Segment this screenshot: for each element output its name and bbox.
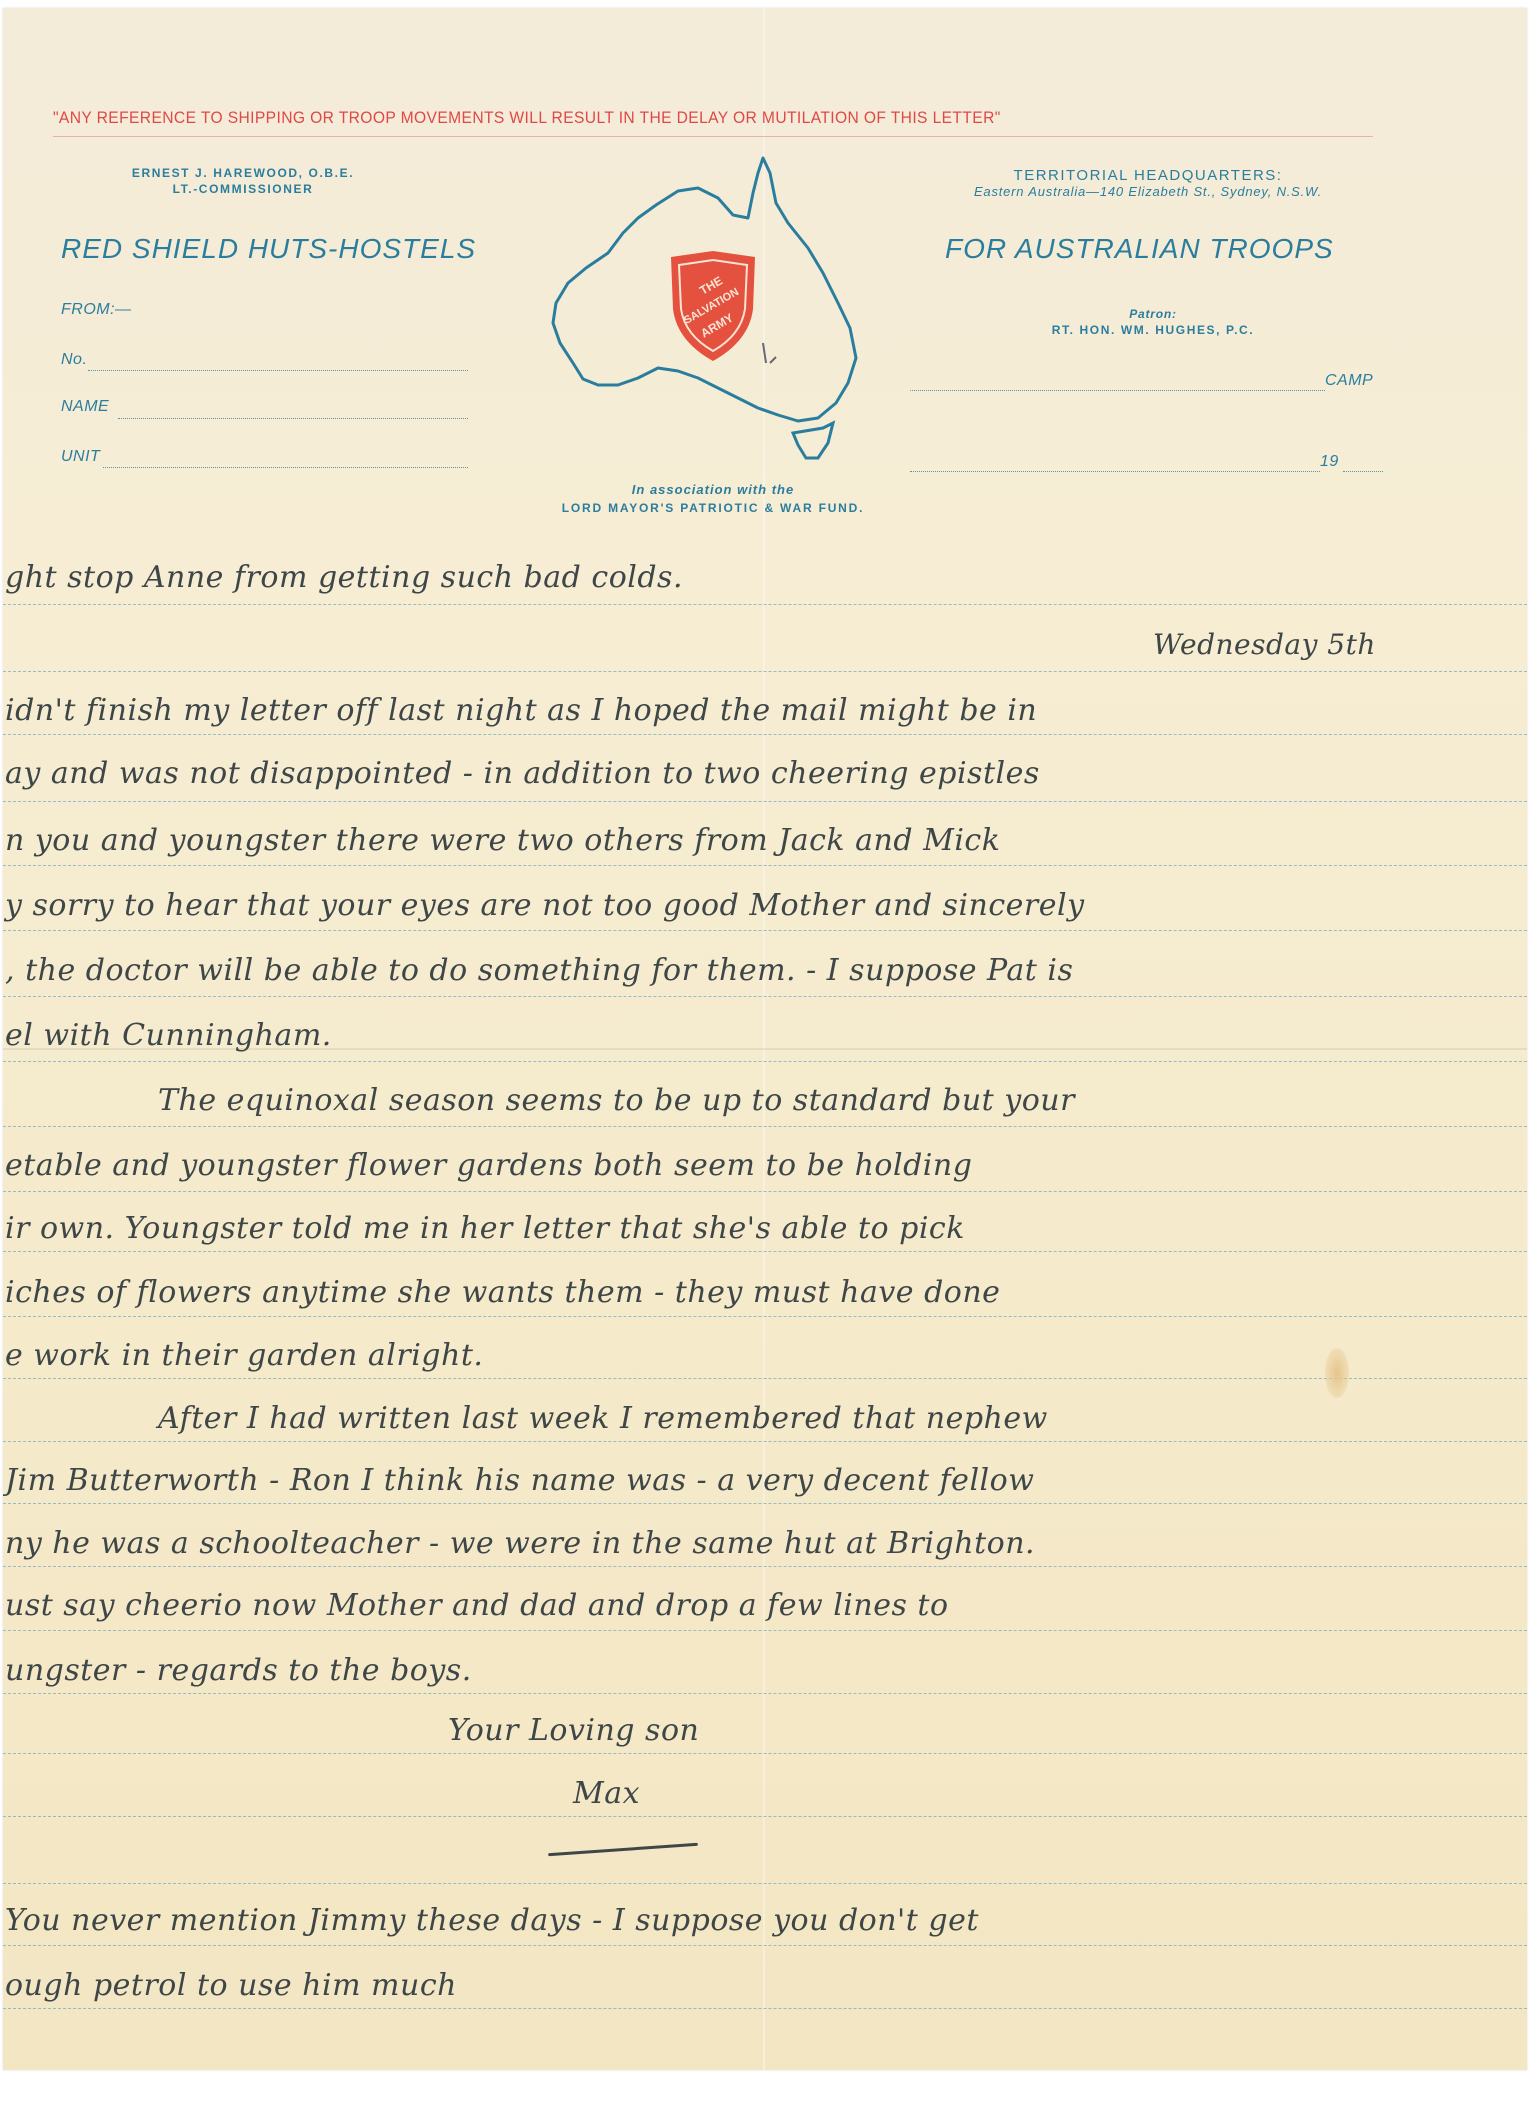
ruled-line [3,1251,1527,1252]
letter-line: ust say cheerio now Mother and dad and d… [5,1588,949,1623]
ruled-line [3,1693,1527,1694]
letter-line: y sorry to hear that your eyes are not t… [5,888,1085,923]
ruled-line [3,1191,1527,1192]
ruled-line [3,865,1527,866]
salvation-army-shield-icon: THE SALVATION ARMY [667,251,759,363]
ruled-line [3,671,1527,672]
postscript-line: ough petrol to use him much [5,1968,457,2003]
patron-label: Patron: [1003,306,1303,322]
ruled-line [3,2008,1527,2009]
year-label: 19 [1320,453,1339,471]
ruled-line [3,1126,1527,1127]
letter-line: ir own. Youngster told me in her letter … [5,1211,965,1246]
ruled-line [3,1883,1527,1884]
camp-label: CAMP [1325,372,1373,390]
commissioner-title: LT.-COMMISSIONER [103,181,383,197]
patron-block: Patron: RT. HON. WM. HUGHES, P.C. [1003,306,1303,338]
ruled-line [3,1816,1527,1817]
hq-title: TERRITORIAL HEADQUARTERS: [903,168,1393,184]
ruled-line [3,1945,1527,1946]
letter-line: The equinoxal season seems to be up to s… [158,1083,1075,1118]
letter-line: ungster - regards to the boys. [5,1653,472,1688]
hq-address: Eastern Australia—140 Elizabeth St., Syd… [903,184,1393,200]
letter-line: idn't finish my letter off last night as… [5,693,1037,728]
ruled-line [3,1316,1527,1317]
letter-line: e work in their garden alright. [5,1338,483,1373]
postscript-line: You never mention Jimmy these days - I s… [5,1903,979,1938]
unit-label: UNIT [61,448,100,466]
signature-underline [548,1843,698,1856]
ruled-line [3,930,1527,931]
association-fund: LORD MAYOR'S PATRIOTIC & WAR FUND. [523,499,903,517]
letter-line: ny he was a schoolteacher - we were in t… [5,1526,1035,1561]
censorship-warning: "ANY REFERENCE TO SHIPPING OR TROOP MOVE… [53,108,1267,128]
ruled-line [3,1441,1527,1442]
letter-line: ay and was not disappointed - in additio… [5,756,1040,791]
letter-line: etable and youngster flower gardens both… [5,1148,972,1183]
ruled-line [3,604,1527,605]
name-label: NAME [61,398,109,416]
letter-line: iches of flowers anytime she wants them … [5,1275,1000,1310]
letter-line: n you and youngster there were two other… [5,823,1000,858]
warning-underline [53,136,1373,137]
ruled-line [3,801,1527,802]
association-block: In association with the LORD MAYOR'S PAT… [523,481,903,517]
letter-line: Jim Butterworth - Ron I think his name w… [5,1463,1034,1498]
letter-sheet: "ANY REFERENCE TO SHIPPING OR TROOP MOVE… [3,8,1527,2070]
ruled-line [3,734,1527,735]
from-label: FROM:— [61,301,132,319]
letter-line: , the doctor will be able to do somethin… [5,953,1073,988]
letter-closing: Your Loving son [448,1713,699,1748]
ruled-line [3,1566,1527,1567]
paper-stain [1325,1348,1349,1398]
ruled-line [3,1061,1527,1062]
year-field-line[interactable] [1343,471,1383,472]
ruled-line [3,996,1527,997]
org-title-left: RED SHIELD HUTS-HOSTELS [61,233,476,265]
unit-field-line[interactable] [103,467,468,468]
letter-line: el with Cunningham. [5,1018,332,1053]
date-field-line[interactable] [910,471,1320,472]
letter-line: After I had written last week I remember… [158,1401,1048,1436]
patron-name: RT. HON. WM. HUGHES, P.C. [1003,322,1303,338]
letter-line: ght stop Anne from getting such bad cold… [5,560,683,595]
ruled-line [3,1630,1527,1631]
letter-signature: Max [573,1776,640,1811]
hq-block: TERRITORIAL HEADQUARTERS: Eastern Austra… [903,168,1393,200]
letter-date: Wednesday 5th [1153,628,1376,661]
name-field-line[interactable] [118,418,468,419]
no-field-line[interactable] [88,370,468,371]
ruled-line [3,1503,1527,1504]
org-title-right: FOR AUSTRALIAN TROOPS [945,233,1334,265]
association-intro: In association with the [523,481,903,499]
camp-field-line[interactable] [910,390,1325,391]
ruled-line [3,1753,1527,1754]
ruled-line [3,1378,1527,1379]
commissioner-name: ERNEST J. HAREWOOD, O.B.E. [103,165,383,181]
no-label: No. [61,351,87,369]
commissioner-block: ERNEST J. HAREWOOD, O.B.E. LT.-COMMISSIO… [103,165,383,197]
